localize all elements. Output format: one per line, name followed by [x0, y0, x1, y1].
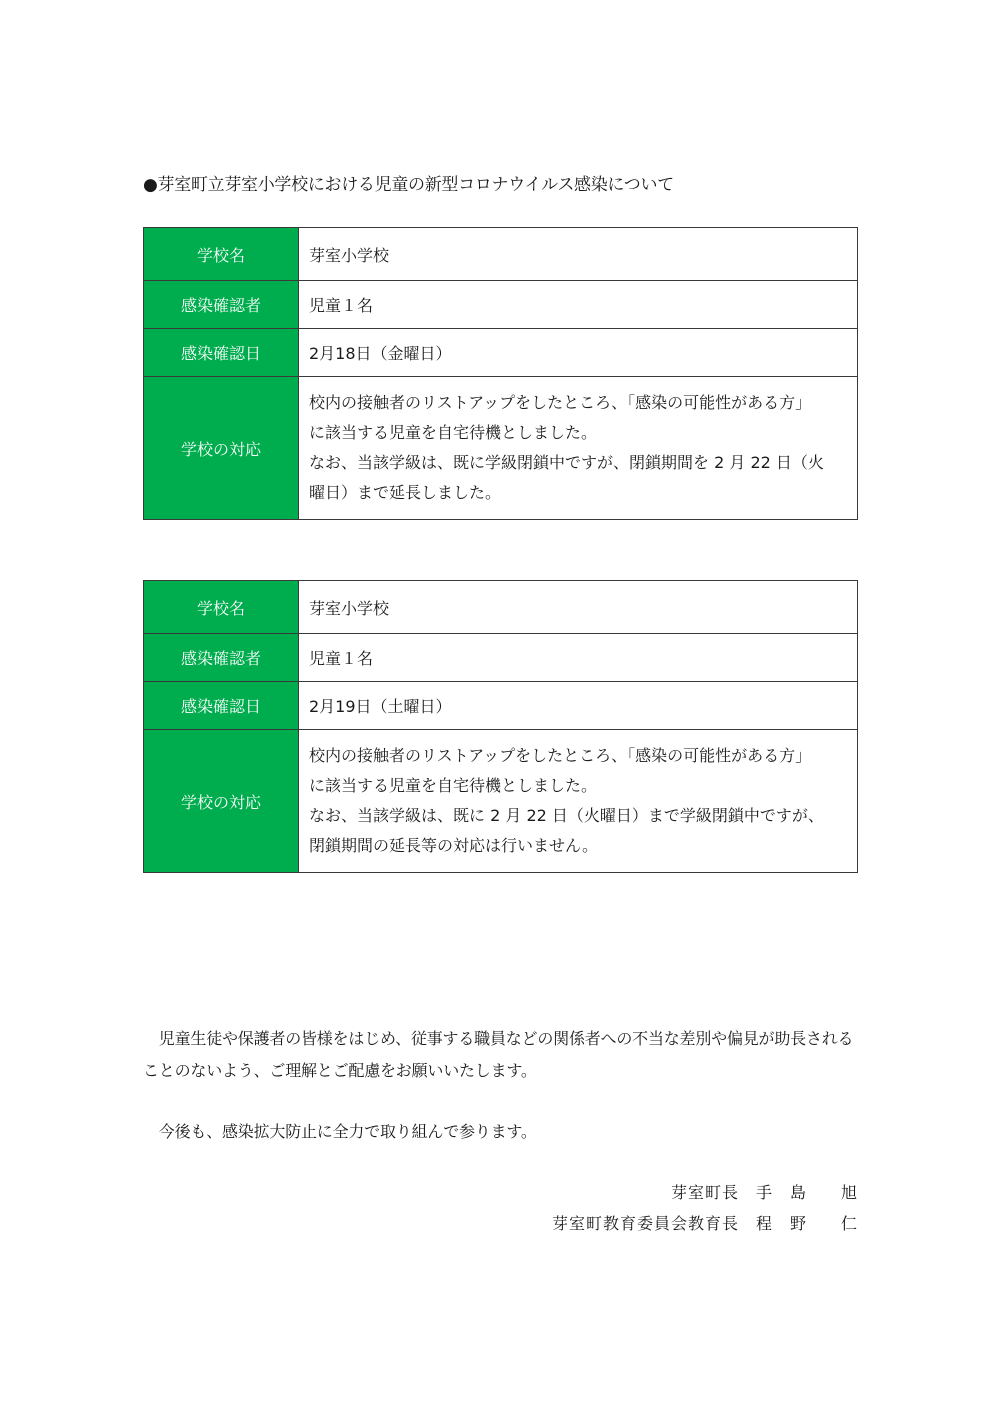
signature-superintendent: 芽室町教育委員会教育長 程 野 仁	[552, 1211, 858, 1234]
signature-mayor: 芽室町長 手 島 旭	[671, 1180, 858, 1203]
commitment-paragraph: 今後も、感染拡大防止に全力で取り組んで参ります。	[143, 1116, 859, 1148]
table-row: 感染確認日 2月19日（土曜日）	[144, 682, 858, 730]
row-value: 芽室小学校	[299, 228, 858, 281]
table-row: 感染確認日 2月18日（金曜日）	[144, 329, 858, 377]
row-value-multiline: 校内の接触者のリストアップをしたところ、「感染の可能性がある方」 に該当する児童…	[299, 377, 858, 520]
text-line: 閉鎖期間の延長等の対応は行いません。	[309, 831, 847, 861]
text-line: 校内の接触者のリストアップをしたところ、「感染の可能性がある方」	[309, 741, 847, 771]
row-label: 感染確認日	[144, 682, 299, 730]
text-line: 曜日）まで延長しました。	[309, 478, 847, 508]
table-row: 学校名 芽室小学校	[144, 228, 858, 281]
row-label: 学校名	[144, 228, 299, 281]
row-label: 感染確認日	[144, 329, 299, 377]
case-table-2: 学校名 芽室小学校 感染確認者 児童１名 感染確認日 2月19日（土曜日） 学校…	[143, 580, 858, 873]
row-value: 児童１名	[299, 634, 858, 682]
table-row: 学校の対応 校内の接触者のリストアップをしたところ、「感染の可能性がある方」 に…	[144, 730, 858, 873]
text-line: なお、当該学級は、既に学級閉鎖中ですが、閉鎖期間を 2 月 22 日（火	[309, 448, 847, 478]
row-value: 2月19日（土曜日）	[299, 682, 858, 730]
text-line: に該当する児童を自宅待機としました。	[309, 771, 847, 801]
row-value: 2月18日（金曜日）	[299, 329, 858, 377]
row-label: 学校の対応	[144, 377, 299, 520]
row-value: 芽室小学校	[299, 581, 858, 634]
request-paragraph: 児童生徒や保護者の皆様をはじめ、従事する職員などの関係者への不当な差別や偏見が助…	[143, 1023, 859, 1087]
case-table-1: 学校名 芽室小学校 感染確認者 児童１名 感染確認日 2月18日（金曜日） 学校…	[143, 227, 858, 520]
row-label: 学校名	[144, 581, 299, 634]
text-line: なお、当該学級は、既に 2 月 22 日（火曜日）まで学級閉鎖中ですが、	[309, 801, 847, 831]
row-label: 感染確認者	[144, 634, 299, 682]
text-line: に該当する児童を自宅待機としました。	[309, 418, 847, 448]
text-line: 校内の接触者のリストアップをしたところ、「感染の可能性がある方」	[309, 388, 847, 418]
row-label: 感染確認者	[144, 281, 299, 329]
row-label: 学校の対応	[144, 730, 299, 873]
row-value: 児童１名	[299, 281, 858, 329]
table-row: 感染確認者 児童１名	[144, 634, 858, 682]
row-value-multiline: 校内の接触者のリストアップをしたところ、「感染の可能性がある方」 に該当する児童…	[299, 730, 858, 873]
table-row: 学校の対応 校内の接触者のリストアップをしたところ、「感染の可能性がある方」 に…	[144, 377, 858, 520]
page-heading: ●芽室町立芽室小学校における児童の新型コロナウイルス感染について	[143, 170, 674, 195]
table-row: 学校名 芽室小学校	[144, 581, 858, 634]
table-row: 感染確認者 児童１名	[144, 281, 858, 329]
